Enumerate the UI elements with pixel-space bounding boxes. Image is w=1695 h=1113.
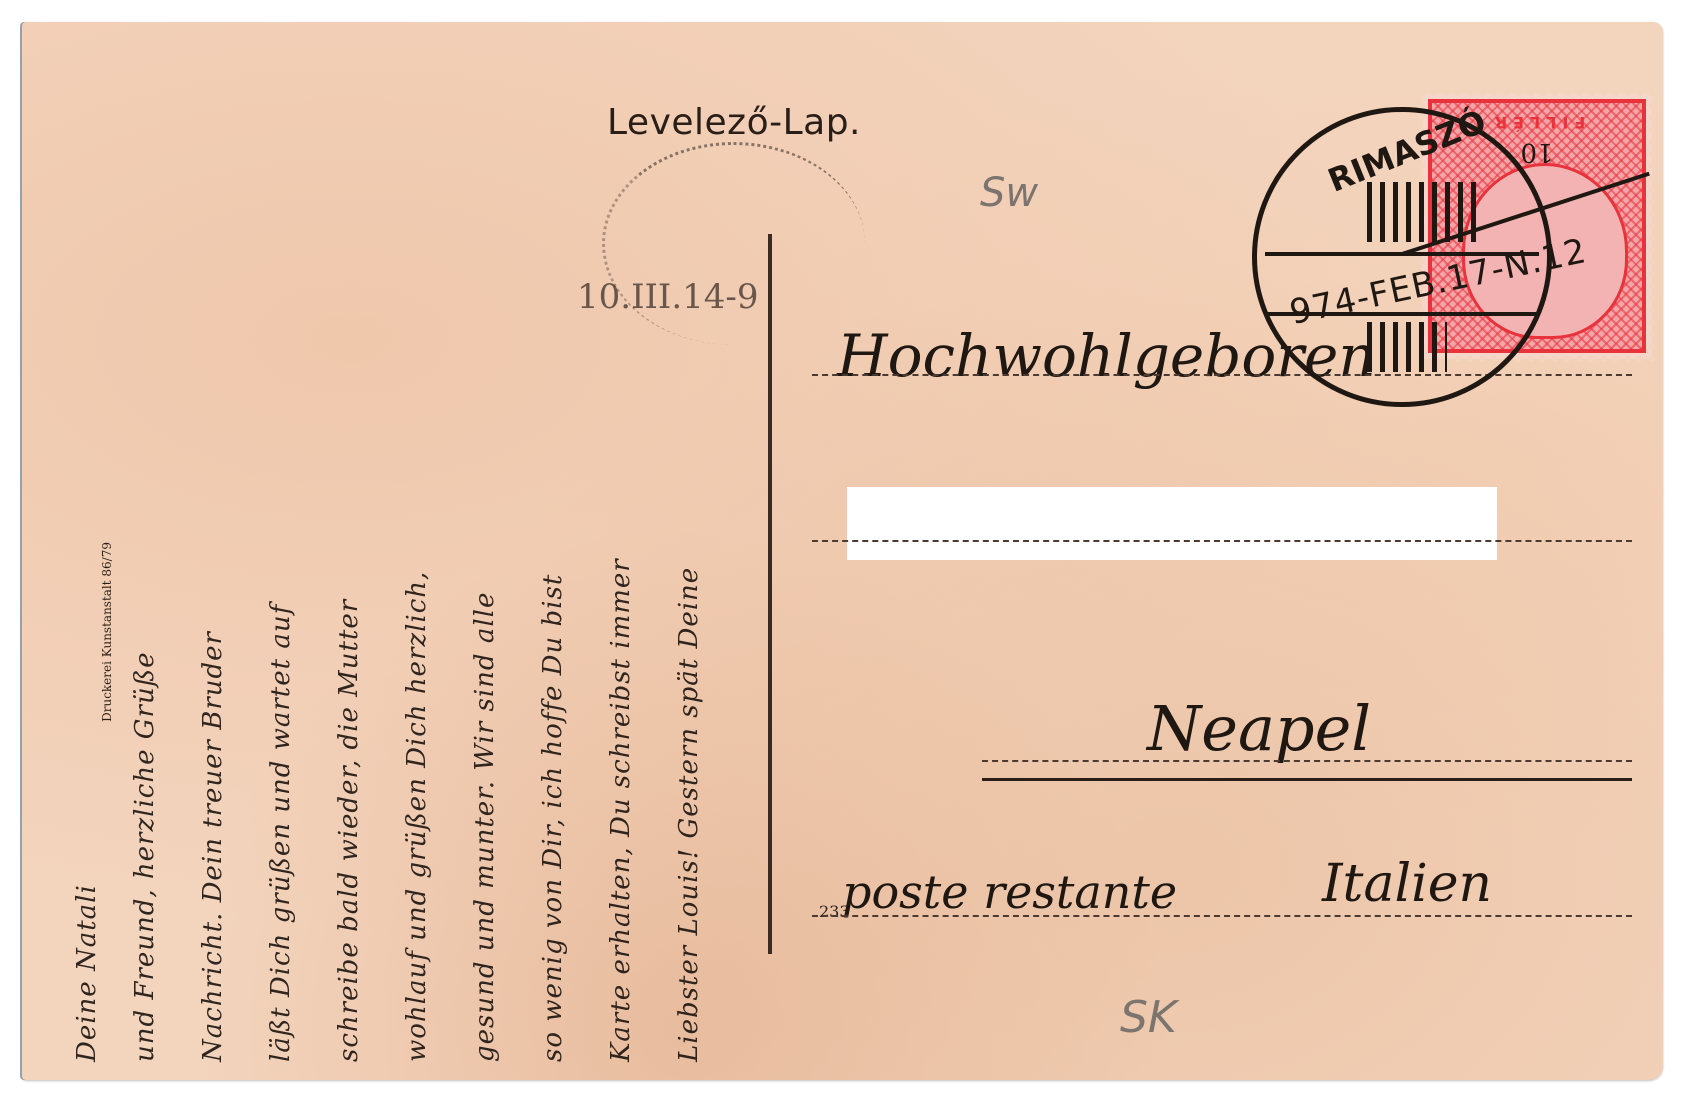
message-line: so wenig von Dir, ich hoffe Du bist [538, 82, 568, 1062]
address-line-2 [812, 540, 1632, 542]
pencil-note-top: Sw [980, 170, 1038, 216]
destination-country: Italien [1322, 854, 1492, 914]
message-line: Deine Natali [72, 82, 102, 1062]
message-line: gesund und munter. Wir sind alle [470, 82, 500, 1062]
faint-postmark-date: 10.III.14-9 [577, 277, 759, 317]
message-line: wohlauf und grüßen Dich herzlich, [402, 82, 432, 1062]
city-underline [982, 778, 1632, 781]
postmark-band [1265, 312, 1539, 316]
delivery-instruction: poste restante [842, 865, 1177, 919]
message-line: Nachricht. Dein treuer Bruder [198, 82, 228, 1062]
postmark-bars [1367, 322, 1447, 372]
message-line: und Freund, herzliche Grüße [130, 82, 160, 1062]
pencil-note-bottom: SK [1120, 992, 1177, 1043]
divider-line [768, 234, 772, 954]
postcard-heading: Levelező-Lap. [607, 102, 861, 143]
postcard: Deine Natali und Freund, herzliche Grüße… [22, 22, 1663, 1080]
redacted-recipient-name [847, 487, 1497, 560]
address-line-3 [982, 760, 1632, 762]
address-line-4 [812, 915, 1632, 917]
postmark: RIMASZÓ 974-FEB.17-N.12 [1252, 107, 1552, 407]
destination-city: Neapel [1147, 692, 1371, 765]
address-line-1 [812, 374, 1632, 376]
message-line: schreibe bald wieder, die Mutter [334, 82, 364, 1062]
message-line: läßt Dich grüßen und wartet auf [266, 82, 296, 1062]
printer-imprint: Druckerei Kunstanstalt 86/79 [100, 542, 114, 722]
